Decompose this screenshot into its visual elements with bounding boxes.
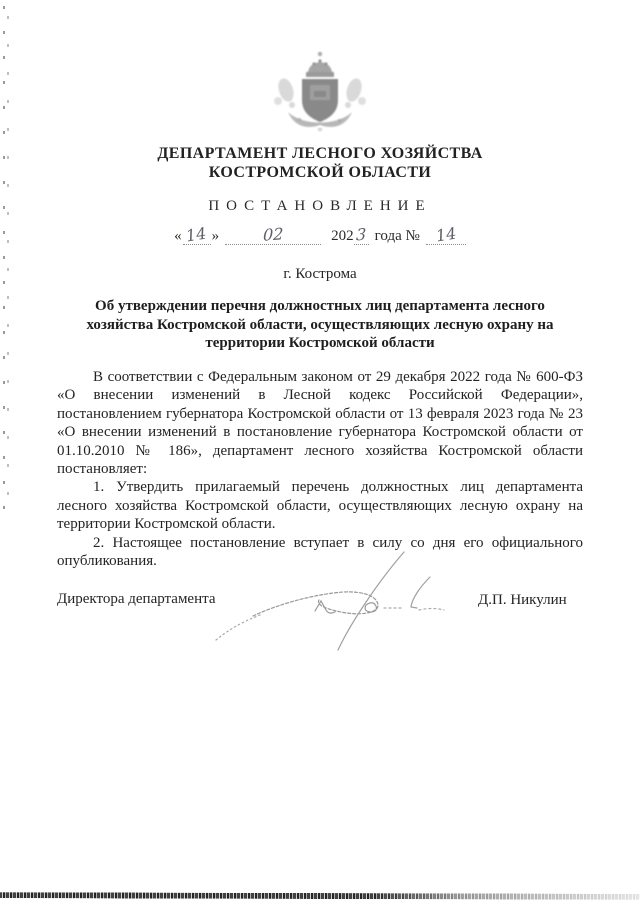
quote-open: «: [174, 228, 182, 245]
signer-name: Д.П. Никулин: [478, 592, 567, 609]
org-name-line2: КОСТРОМСКОЙ ОБЛАСТИ: [0, 164, 640, 183]
date-line: «14» 02 2023 года № 14: [0, 227, 640, 245]
quote-close: »: [212, 228, 220, 245]
coat-of-arms-icon: [262, 48, 378, 136]
scan-noise-left-edge-2: [7, 16, 9, 504]
scanned-document-page: ДЕПАРТАМЕНТ ЛЕСНОГО ХОЗЯЙСТВА КОСТРОМСКО…: [0, 0, 640, 905]
handwritten-day: 14: [185, 226, 208, 245]
body-item-1: 1. Утвердить прилагаемый перечень должно…: [57, 478, 583, 533]
year-label: года №: [375, 228, 420, 245]
handwritten-doc-number: 14: [435, 226, 458, 245]
signer-position-label: Директора департамента: [57, 591, 216, 608]
year-digit-blank: 3: [354, 227, 369, 245]
org-name-line1: ДЕПАРТАМЕНТ ЛЕСНОГО ХОЗЯЙСТВА: [0, 145, 640, 164]
handwritten-month: 02: [263, 226, 284, 243]
year-prefix: 202: [331, 228, 354, 245]
org-name: ДЕПАРТАМЕНТ ЛЕСНОГО ХОЗЯЙСТВА КОСТРОМСКО…: [0, 145, 640, 182]
handwritten-signature: [198, 548, 463, 653]
document-body: В соответствии с Федеральным законом от …: [57, 368, 583, 570]
body-paragraph: В соответствии с Федеральным законом от …: [57, 368, 583, 478]
document-type-heading: ПОСТАНОВЛЕНИЕ: [0, 198, 640, 215]
doc-number-blank: 14: [426, 227, 466, 245]
scan-noise-left-edge: [3, 6, 5, 511]
document-title: Об утверждении перечня должностных лиц д…: [60, 297, 580, 353]
month-blank: 02: [225, 227, 321, 245]
handwritten-year-digit: 3: [356, 227, 367, 244]
place-line: г. Кострома: [0, 266, 640, 283]
day-blank: 14: [183, 227, 211, 245]
scan-artifact-bottom-line: [0, 892, 640, 900]
